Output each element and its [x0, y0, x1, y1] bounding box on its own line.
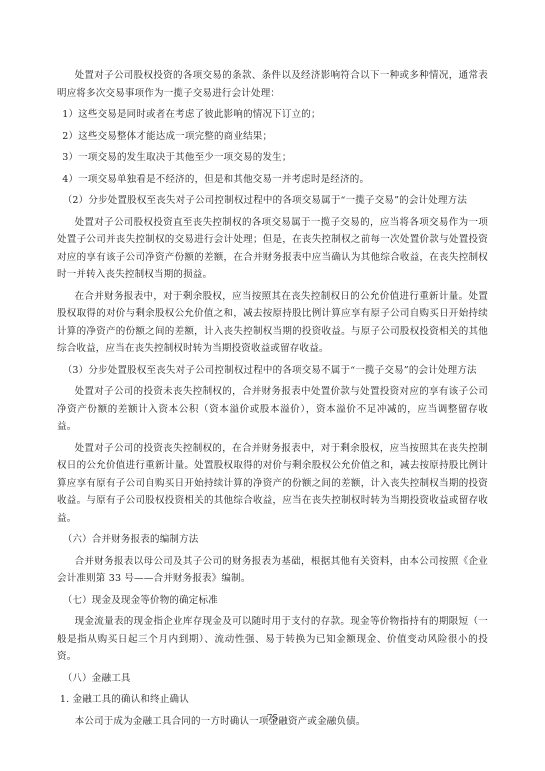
list-item: 1）这些交易是同时或者在考虑了彼此影响的情况下订立的；	[57, 106, 488, 124]
page-number: 75	[0, 714, 545, 724]
paragraph: 现金流量表的现金指企业库存现金及可以随时用于支付的存款。现金等价物指持有的期限短…	[57, 613, 488, 666]
paragraph: 处置对子公司股权投资直至丧失控制权的各项交易属于一揽子交易的，应当将各项交易作为…	[57, 214, 488, 284]
list-item: 4）一项交易单独看是不经济的，但是和其他交易一并考虑时是经济的。	[57, 171, 488, 189]
section-heading: （2）分步处置股权至丧失对子公司控制权过程中的各项交易属于“一揽子交易”的会计处…	[57, 192, 488, 210]
list-item: 3）一项交易的发生取决于其他至少一项交易的发生；	[57, 149, 488, 167]
paragraph: 处置对子公司股权投资的各项交易的条款、条件以及经济影响符合以下一种或多种情况，通…	[57, 67, 488, 102]
paragraph: 合并财务报表以母公司及其子公司的财务报表为基础，根据其他有关资料，由本公司按照《…	[57, 553, 488, 588]
document-page: 处置对子公司股权投资的各项交易的条款、条件以及经济影响符合以下一种或多种情况，通…	[0, 0, 545, 771]
section-heading: （七）现金及现金等价物的确定标准	[57, 592, 488, 610]
section-heading: （八）金融工具	[57, 670, 488, 688]
section-heading: （六）合并财务报表的编制方法	[57, 531, 488, 549]
subsection-heading: 1. 金融工具的确认和终止确认	[57, 691, 488, 709]
section-heading: （3）分步处置股权至丧失对子公司控制权过程中的各项交易不属于“一揽子交易”的会计…	[57, 362, 488, 380]
paragraph: 处置对子公司的投资未丧失控制权的，合并财务报表中处置价款与处置投资对应的享有该子…	[57, 383, 488, 436]
list-item: 2）这些交易整体才能达成一项完整的商业结果；	[57, 128, 488, 146]
document-body: 处置对子公司股权投资的各项交易的条款、条件以及经济影响符合以下一种或多种情况，通…	[57, 67, 488, 734]
paragraph: 在合并财务报表中，对于剩余股权，应当按照其在丧失控制权日的公允价值进行重新计量。…	[57, 288, 488, 358]
paragraph: 处置对子公司的投资丧失控制权的，在合并财务报表中，对于剩余股权，应当按照其在丧失…	[57, 440, 488, 528]
